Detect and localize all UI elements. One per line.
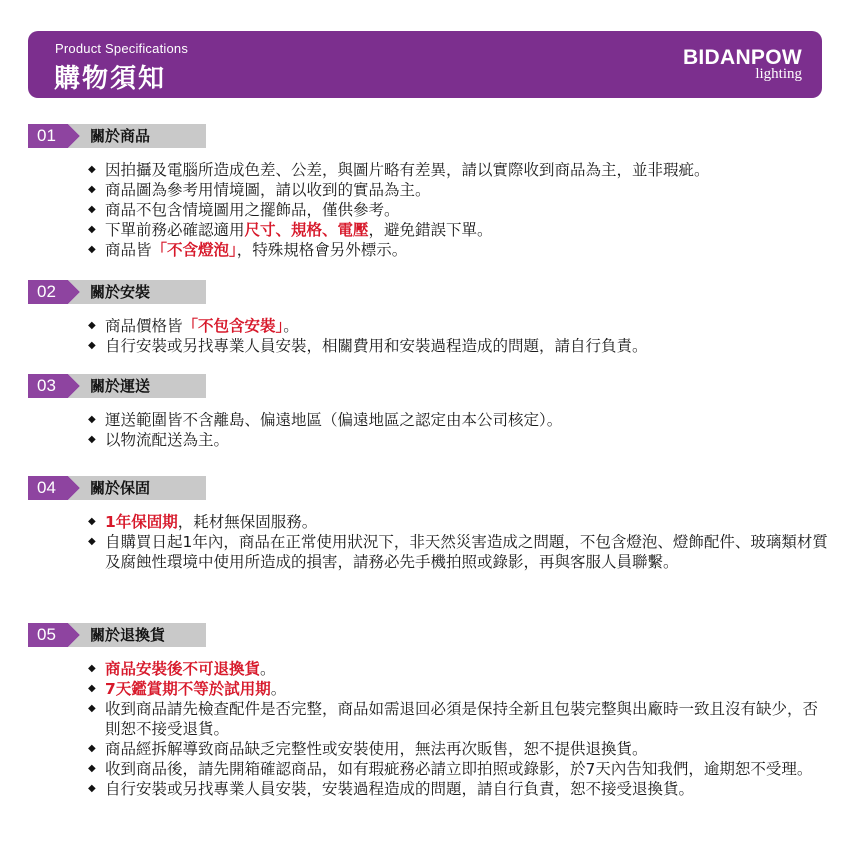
brand-logo: BIDANPOW lighting (683, 48, 802, 81)
section-header-installation: 02 關於安裝 (28, 280, 206, 304)
section-title: 關於保固 (68, 476, 206, 500)
section-list-installation: 商品價格皆「不包含安裝」。自行安裝或另找專業人員安裝，相關費用和安裝過程造成的問… (88, 316, 828, 356)
brand-subtitle: lighting (683, 67, 802, 81)
section-title: 關於退換貨 (68, 623, 206, 647)
item-text: 商品皆 (105, 241, 152, 259)
section-title: 關於安裝 (68, 280, 206, 304)
list-item: 下單前務必確認適用尺寸、規格、電壓，避免錯誤下單。 (88, 220, 828, 240)
item-text: 商品圖為參考用情境圖，請以收到的實品為主。 (105, 181, 431, 199)
list-item: 自購買日起1年內，商品在正常使用狀況下，非天然災害造成之問題，不包含燈泡、燈飾配… (88, 532, 828, 572)
header-banner: Product Specifications 購物須知 BIDANPOW lig… (28, 31, 822, 98)
list-item: 商品圖為參考用情境圖，請以收到的實品為主。 (88, 180, 828, 200)
list-item: 以物流配送為主。 (88, 430, 828, 450)
item-text: 自行安裝或另找專業人員安裝，安裝過程造成的問題，請自行負責，恕不接受退換貨。 (105, 780, 694, 798)
brand-name: BIDANPOW (683, 48, 802, 68)
item-text: ，避免錯誤下單。 (369, 221, 493, 239)
list-item: 自行安裝或另找專業人員安裝，安裝過程造成的問題，請自行負責，恕不接受退換貨。 (88, 779, 828, 799)
highlight-text: 7天鑑賞期不等於試用期 (105, 680, 271, 698)
section-header-returns: 05 關於退換貨 (28, 623, 206, 647)
item-text: 。 (271, 680, 287, 698)
list-item: 收到商品後，請先開箱確認商品，如有瑕疵務必請立即拍照或錄影，於7天內告知我們，逾… (88, 759, 828, 779)
section-list-products: 因拍攝及電腦所造成色差、公差，與圖片略有差異，請以實際收到商品為主，並非瑕疵。商… (88, 160, 828, 260)
item-text: 下單前務必確認適用 (105, 221, 245, 239)
item-text: ，特殊規格會另外標示。 (237, 241, 408, 259)
section-header-shipping: 03 關於運送 (28, 374, 206, 398)
list-item: 因拍攝及電腦所造成色差、公差，與圖片略有差異，請以實際收到商品為主，並非瑕疵。 (88, 160, 828, 180)
item-text: 收到商品請先檢查配件是否完整，商品如需退回必須是保持全新且包裝完整與出廠時一致且… (105, 700, 818, 738)
item-text: 。 (260, 660, 276, 678)
item-text: 商品經拆解導致商品缺乏完整性或安裝使用，無法再次販售，恕不提供退換貨。 (105, 740, 648, 758)
list-item: 1年保固期，耗材無保固服務。 (88, 512, 828, 532)
section-list-shipping: 運送範圍皆不含離島、偏遠地區（偏遠地區之認定由本公司核定）。以物流配送為主。 (88, 410, 828, 450)
item-text: 以物流配送為主。 (105, 431, 229, 449)
section-header-warranty: 04 關於保固 (28, 476, 206, 500)
item-text: 自行安裝或另找專業人員安裝，相關費用和安裝過程造成的問題，請自行負責。 (105, 337, 648, 355)
section-list-warranty: 1年保固期，耗材無保固服務。自購買日起1年內，商品在正常使用狀況下，非天然災害造… (88, 512, 828, 572)
list-item: 自行安裝或另找專業人員安裝，相關費用和安裝過程造成的問題，請自行負責。 (88, 336, 828, 356)
highlight-text: 「不含燈泡」 (152, 241, 237, 259)
list-item: 收到商品請先檢查配件是否完整，商品如需退回必須是保持全新且包裝完整與出廠時一致且… (88, 699, 828, 739)
list-item: 商品價格皆「不包含安裝」。 (88, 316, 828, 336)
item-text: 。 (283, 317, 299, 335)
item-text: 因拍攝及電腦所造成色差、公差，與圖片略有差異，請以實際收到商品為主，並非瑕疵。 (105, 161, 710, 179)
item-text: 商品價格皆 (105, 317, 183, 335)
list-item: 商品安裝後不可退換貨。 (88, 659, 828, 679)
section-header-products: 01 關於商品 (28, 124, 206, 148)
item-text: 商品不包含情境圖用之擺飾品，僅供參考。 (105, 201, 400, 219)
list-item: 運送範圍皆不含離島、偏遠地區（偏遠地區之認定由本公司核定）。 (88, 410, 828, 430)
section-title: 關於運送 (68, 374, 206, 398)
item-text: 運送範圍皆不含離島、偏遠地區（偏遠地區之認定由本公司核定）。 (105, 411, 562, 429)
highlight-text: 「不包含安裝」 (183, 317, 284, 335)
page-title: 購物須知 (54, 58, 166, 95)
list-item: 商品經拆解導致商品缺乏完整性或安裝使用，無法再次販售，恕不提供退換貨。 (88, 739, 828, 759)
list-item: 7天鑑賞期不等於試用期。 (88, 679, 828, 699)
item-text: 收到商品後，請先開箱確認商品，如有瑕疵務必請立即拍照或錄影，於7天內告知我們，逾… (105, 760, 812, 778)
item-text: 自購買日起1年內，商品在正常使用狀況下，非天然災害造成之問題，不包含燈泡、燈飾配… (105, 533, 828, 571)
highlight-text: 1年保固期 (105, 513, 178, 531)
banner-subtitle: Product Specifications (55, 41, 188, 56)
item-text: ，耗材無保固服務。 (178, 513, 318, 531)
section-title: 關於商品 (68, 124, 206, 148)
list-item: 商品皆「不含燈泡」，特殊規格會另外標示。 (88, 240, 828, 260)
highlight-text: 尺寸、規格、電壓 (245, 221, 369, 239)
highlight-text: 商品安裝後不可退換貨 (105, 660, 260, 678)
list-item: 商品不包含情境圖用之擺飾品，僅供參考。 (88, 200, 828, 220)
section-list-returns: 商品安裝後不可退換貨。7天鑑賞期不等於試用期。收到商品請先檢查配件是否完整，商品… (88, 659, 828, 799)
